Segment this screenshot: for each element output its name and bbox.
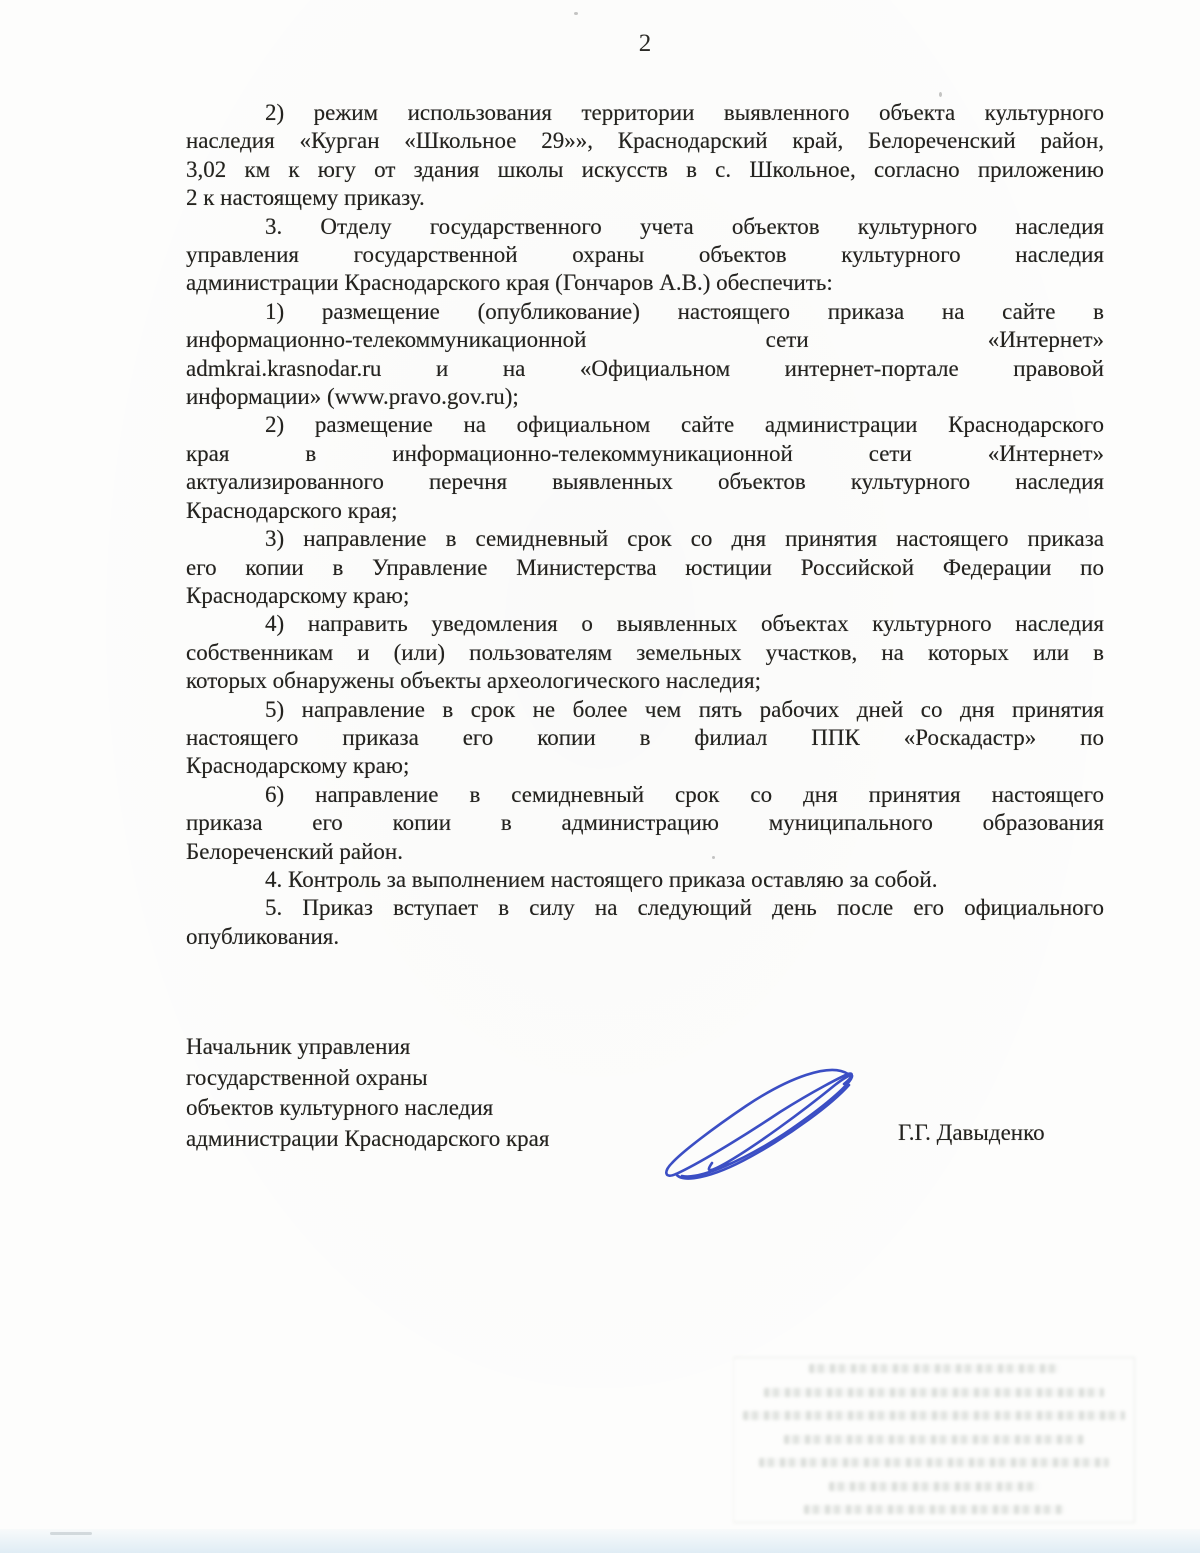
paragraph: 5) направление в срок не более чем пять … [186, 696, 1104, 781]
text-line: admkrai.krasnodar.ru и на «Официальном и… [186, 355, 1104, 383]
text-line: 5. Приказ вступает в силу на следующий д… [186, 894, 1104, 922]
bleed-through-line [804, 1505, 1064, 1514]
paragraph: 5. Приказ вступает в силу на следующий д… [186, 894, 1104, 951]
paragraph: 2) режим использования территории выявле… [186, 99, 1104, 213]
text-line: актуализированного перечня выявленных об… [186, 468, 1104, 496]
text-line: наследия «Курган «Школьное 29»», Краснод… [186, 127, 1104, 155]
signature-title-line: администрации Краснодарского края [186, 1124, 656, 1155]
text-line: Краснодарского края; [186, 497, 1104, 525]
text-line: 2) размещение на официальном сайте админ… [186, 411, 1104, 439]
text-line: 3) направление в семидневный срок со дня… [186, 525, 1104, 553]
paragraph: 4. Контроль за выполнением настоящего пр… [186, 866, 1104, 894]
text-line: опубликования. [186, 923, 1104, 951]
text-line: 2 к настоящему приказу. [186, 184, 1104, 212]
document-body: 2) режим использования территории выявле… [186, 99, 1104, 951]
text-line: 3,02 км к югу от здания школы искусств в… [186, 156, 1104, 184]
text-line: информации» (www.pravo.gov.ru); [186, 383, 1104, 411]
text-line: края в информационно-телекоммуникационно… [186, 440, 1104, 468]
text-line: Краснодарскому краю; [186, 582, 1104, 610]
paragraph: 4) направить уведомления о выявленных об… [186, 610, 1104, 695]
bleed-through-stamp [733, 1357, 1135, 1523]
text-line: 2) режим использования территории выявле… [186, 99, 1104, 127]
signer-name: Г.Г. Давыденко [898, 1120, 1098, 1146]
text-line: его копии в Управление Министерства юсти… [186, 554, 1104, 582]
text-line: собственникам и (или) пользователям земе… [186, 639, 1104, 667]
text-line: информационно-телекоммуникационной сети … [186, 326, 1104, 354]
text-line: 4) направить уведомления о выявленных об… [186, 610, 1104, 638]
text-line: 6) направление в семидневный срок со дня… [186, 781, 1104, 809]
text-line: приказа его копии в администрацию муници… [186, 809, 1104, 837]
text-line: 4. Контроль за выполнением настоящего пр… [186, 866, 1104, 894]
handwritten-signature-icon [652, 1052, 870, 1184]
document-page: 2 2) режим использования территории выяв… [0, 0, 1200, 1553]
text-line: 1) размещение (опубликование) настоящего… [186, 298, 1104, 326]
paragraph: 1) размещение (опубликование) настоящего… [186, 298, 1104, 412]
paragraph: 2) размещение на официальном сайте админ… [186, 411, 1104, 525]
signature-title-line: государственной охраны [186, 1063, 656, 1094]
bleed-through-line [764, 1388, 1104, 1397]
paragraph: 3. Отделу государственного учета объекто… [186, 213, 1104, 298]
scan-speck [574, 12, 578, 15]
scan-speck [939, 92, 942, 97]
scan-edge-band [0, 1529, 1200, 1553]
text-line: управления государственной охраны объект… [186, 241, 1104, 269]
text-line: Краснодарскому краю; [186, 752, 1104, 780]
text-line: которых обнаружены объекты археологическ… [186, 667, 1104, 695]
bleed-through-line [743, 1411, 1125, 1420]
paragraph: 6) направление в семидневный срок со дня… [186, 781, 1104, 866]
signature-title-line: Начальник управления [186, 1032, 656, 1063]
signature-title-line: объектов культурного наследия [186, 1093, 656, 1124]
paragraph: 3) направление в семидневный срок со дня… [186, 525, 1104, 610]
bleed-through-line [829, 1482, 1039, 1491]
text-line: настоящего приказа его копии в филиал ПП… [186, 724, 1104, 752]
page-number: 2 [186, 30, 1104, 58]
bleed-through-line [809, 1364, 1059, 1373]
bleed-through-line [759, 1458, 1109, 1467]
signature-title-block: Начальник управлениягосударственной охра… [186, 1032, 656, 1154]
text-line: Белореченский район. [186, 838, 1104, 866]
bleed-through-line [784, 1435, 1084, 1444]
scan-speck [50, 1532, 92, 1535]
text-line: администрации Краснодарского края (Гонча… [186, 269, 1104, 297]
text-line: 3. Отделу государственного учета объекто… [186, 213, 1104, 241]
text-line: 5) направление в срок не более чем пять … [186, 696, 1104, 724]
scan-speck [712, 856, 715, 859]
